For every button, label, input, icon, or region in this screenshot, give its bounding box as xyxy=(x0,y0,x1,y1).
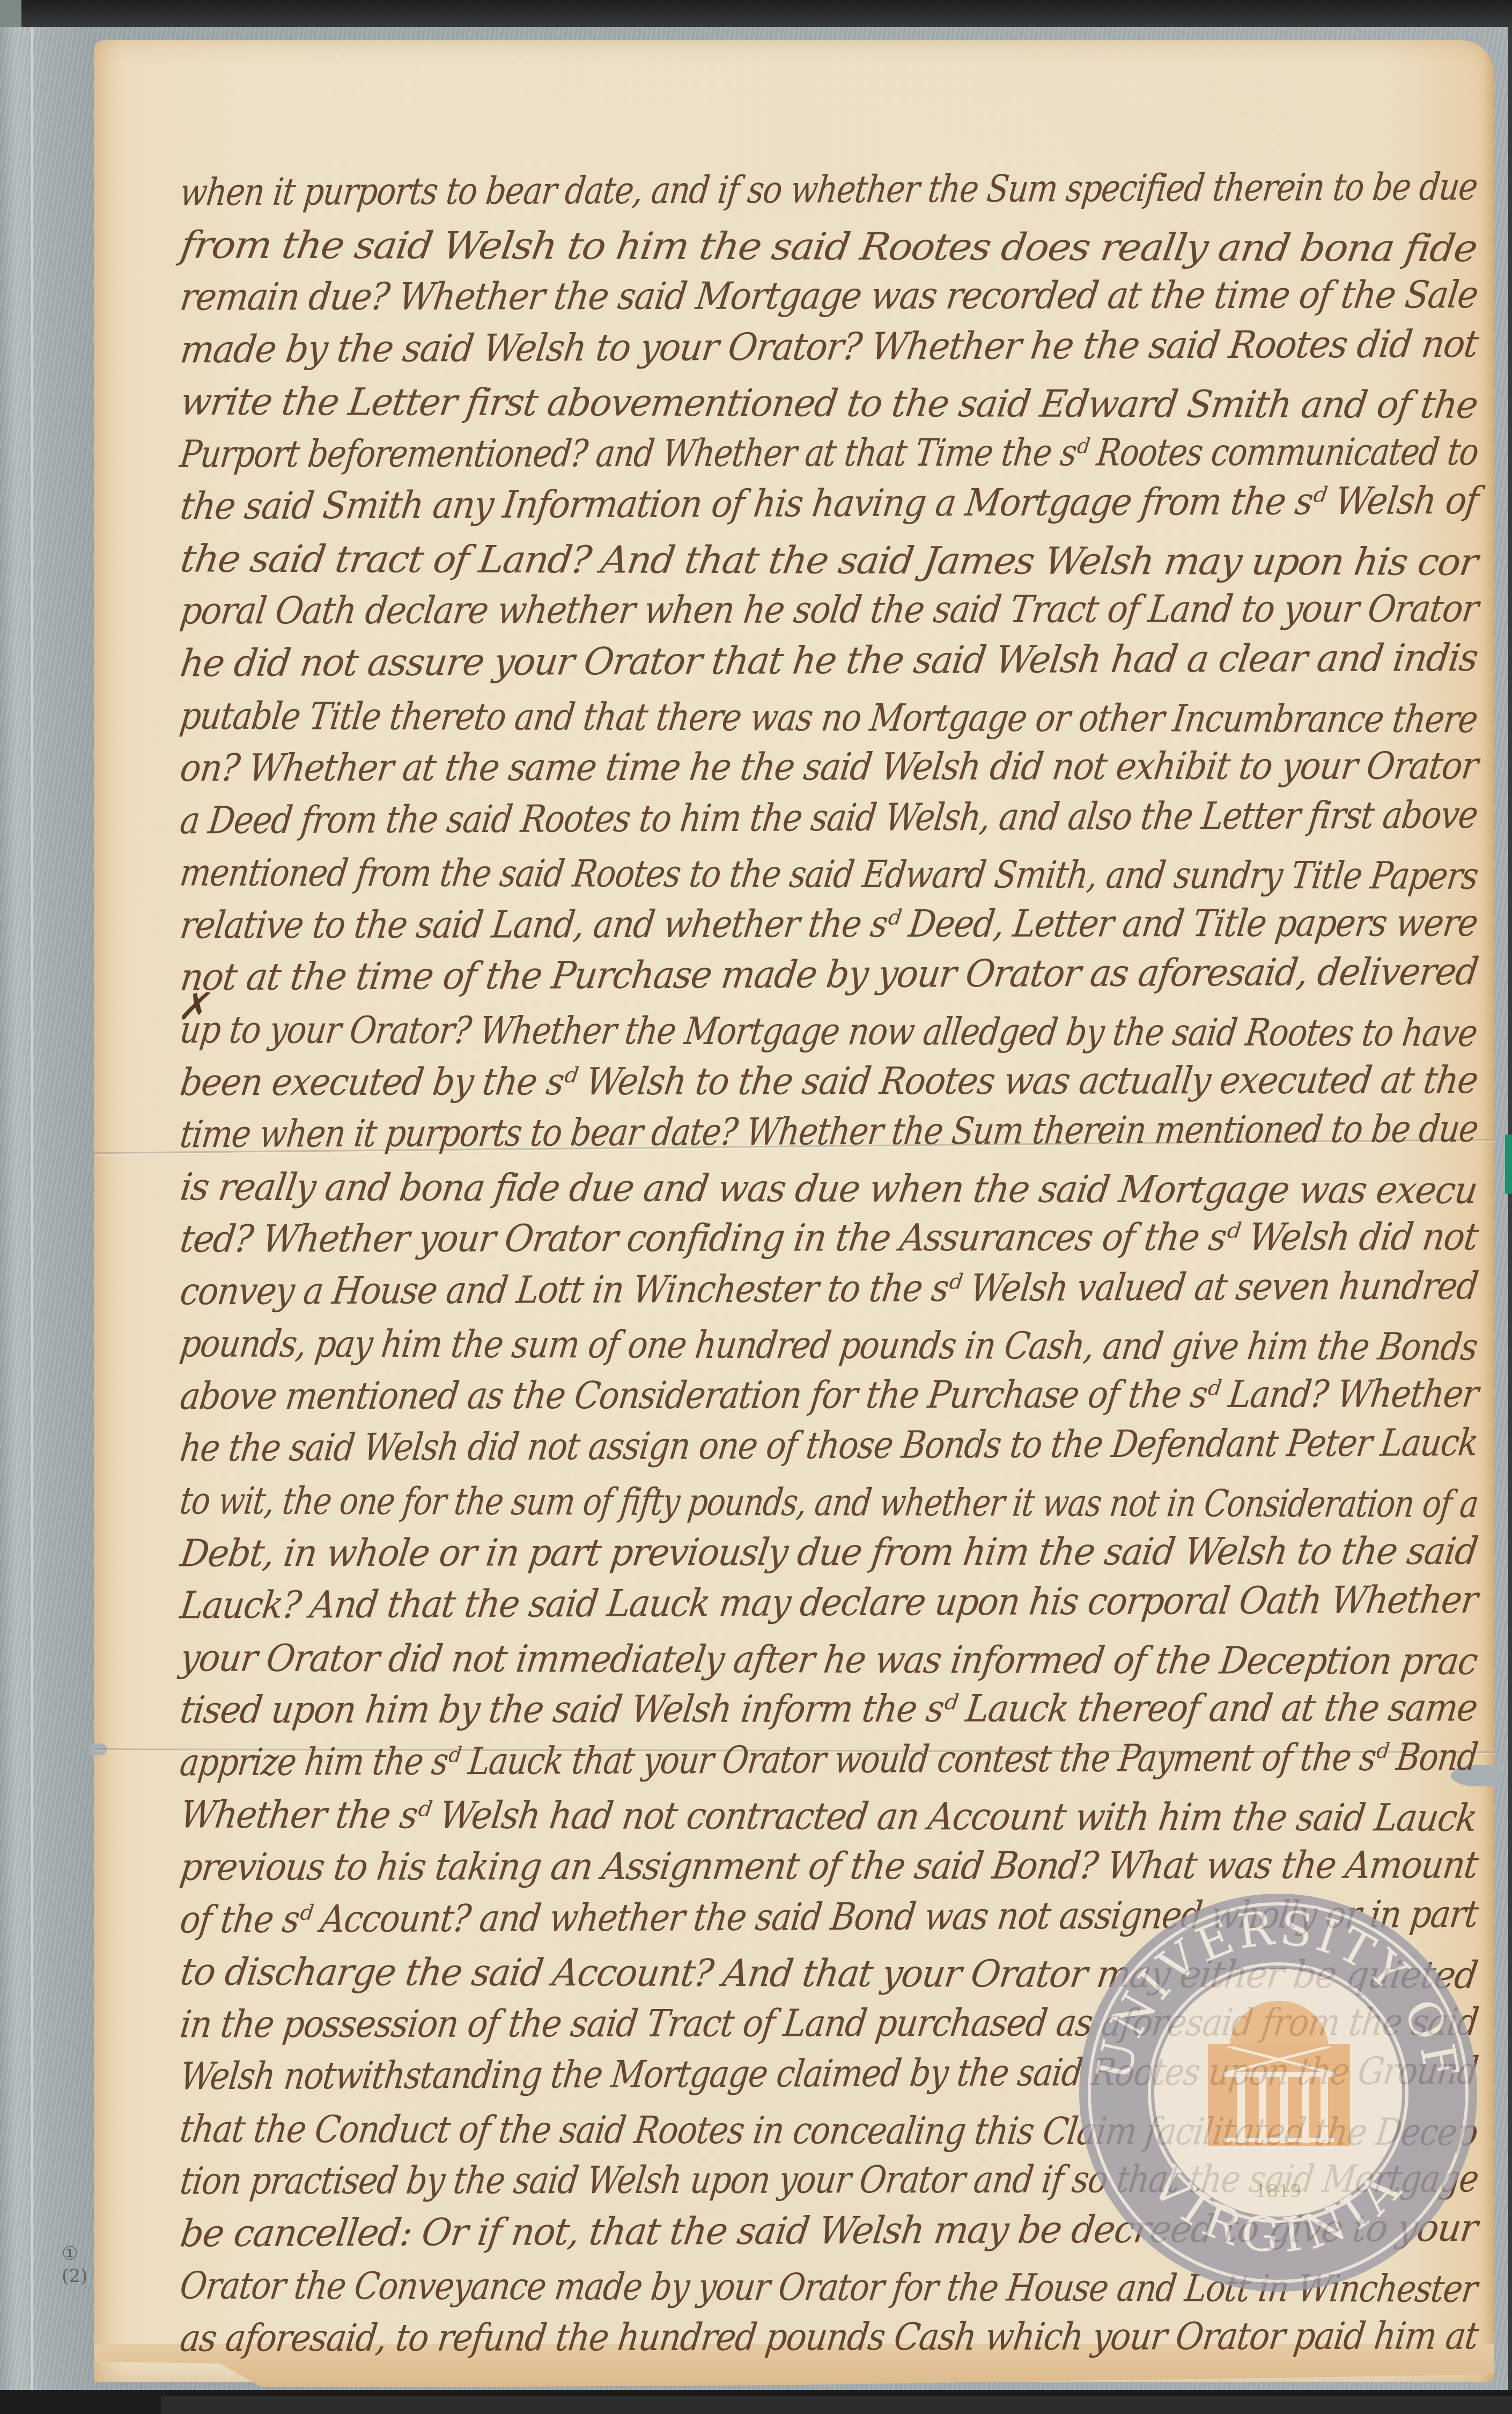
manuscript-line-text: tised upon him by the said Welsh inform … xyxy=(177,1682,1480,1738)
manuscript-line: tion practised by the said Welsh upon yo… xyxy=(177,2163,1486,2209)
manuscript-line-text: the said Smith any Information of his ha… xyxy=(177,474,1481,534)
manuscript-line: Lauck? And that the said Lauck may decla… xyxy=(177,1584,1486,1633)
manuscript-line-text: to wit, the one for the sum of fifty pou… xyxy=(177,1475,1481,1532)
manuscript-line-text: that the Conduct of the said Rootes in c… xyxy=(177,2103,1480,2160)
manuscript-line: not at the time of the Purchase made by … xyxy=(177,956,1486,1005)
margin-pencil-numbers: ① (2) xyxy=(62,2242,87,2287)
manuscript-line-text: Whether the sᵈ Welsh had not contracted … xyxy=(177,1789,1480,1845)
manuscript-line-text: of the sᵈ Account? and whether the said … xyxy=(177,1888,1480,1947)
manuscript-line: tised upon him by the said Welsh inform … xyxy=(177,1692,1486,1738)
manuscript-line: a Deed from the said Rootes to him the s… xyxy=(177,799,1486,848)
manuscript-line-text: Orator the Conveyance made by your Orato… xyxy=(177,2260,1480,2316)
manuscript-line-text: Lauck? And that the said Lauck may decla… xyxy=(177,1573,1480,1633)
manuscript-line-text: apprize him the sᵈ Lauck that your Orato… xyxy=(177,1731,1480,1790)
manuscript-line-text: mentioned from the said Rootes to the sa… xyxy=(177,847,1481,903)
manuscript-line-text: time when it purports to bear date? Whet… xyxy=(177,1102,1480,1162)
manuscript-line: as aforesaid, to refund the hundred poun… xyxy=(177,2321,1486,2366)
manuscript-line: he did not assure your Orator that he th… xyxy=(177,642,1486,691)
manuscript-line-text: pounds, pay him the sum of one hundred p… xyxy=(177,1318,1480,1374)
manuscript-line: convey a House and Lott in Winchester to… xyxy=(177,1270,1486,1319)
scanner-bottom-frame xyxy=(0,2390,1512,2414)
margin-cross-mark: ✗ xyxy=(177,984,209,1028)
manuscript-line: time when it purports to bear date? Whet… xyxy=(177,1113,1486,1162)
manuscript-line-text: tion practised by the said Welsh upon yo… xyxy=(177,2153,1481,2209)
manuscript-line-text: in the possession of the said Tract of L… xyxy=(177,1996,1481,2052)
manuscript-line-text: made by the said Welsh to your Orator? W… xyxy=(177,318,1481,377)
manuscript-line: when it purports to bear date, and if so… xyxy=(177,171,1486,220)
manuscript-line-text: Debt, in whole or in part previously due… xyxy=(177,1525,1480,1581)
manuscript-line: he the said Welsh did not assign one of … xyxy=(177,1427,1486,1476)
handwritten-text-block: when it purports to bear date, and if so… xyxy=(0,0,1512,2414)
manuscript-line: on? Whether at the same time he the said… xyxy=(177,750,1486,796)
manuscript-line-text: relative to the said Land, and whether t… xyxy=(177,897,1480,953)
manuscript-line-text: convey a House and Lott in Winchester to… xyxy=(177,1260,1480,1319)
manuscript-line-text: Welsh notwithstanding the Mortgage claim… xyxy=(177,2044,1480,2104)
manuscript-line: poral Oath declare whether when he sold … xyxy=(177,593,1486,638)
manuscript-line: the said Smith any Information of his ha… xyxy=(177,485,1486,534)
manuscript-line: apprize him the sᵈ Lauck that your Orato… xyxy=(177,1741,1486,1790)
manuscript-line-text: he did not assure your Orator that he th… xyxy=(177,631,1480,691)
manuscript-line: Welsh notwithstanding the Mortgage claim… xyxy=(177,2055,1486,2104)
manuscript-line-text: previous to his taking an Assignment of … xyxy=(177,1839,1480,1895)
manuscript-line-text: he the said Welsh did not assign one of … xyxy=(177,1416,1480,1476)
manuscript-line: remain due? Whether the said Mortgage wa… xyxy=(177,279,1486,325)
manuscript-line-text: a Deed from the said Rootes to him the s… xyxy=(177,789,1480,848)
manuscript-line-text: is really and bona fide due and was due … xyxy=(177,1161,1480,1218)
manuscript-line-text: as aforesaid, to refund the hundred poun… xyxy=(177,2310,1481,2366)
pencil-number-2: (2) xyxy=(62,2265,87,2287)
manuscript-line-text: above mentioned as the Consideration for… xyxy=(177,1368,1481,1424)
manuscript-line-text: when it purports to bear date, and if so… xyxy=(177,160,1480,220)
manuscript-line: ted? Whether your Orator confiding in th… xyxy=(177,1221,1486,1267)
manuscript-line-text: the said tract of Land? And that the sai… xyxy=(177,533,1481,590)
manuscript-line: made by the said Welsh to your Orator? W… xyxy=(177,328,1486,377)
manuscript-line-text: been executed by the sᵈ Welsh to the sai… xyxy=(177,1054,1481,1110)
manuscript-line-text: poral Oath declare whether when he sold … xyxy=(177,583,1481,638)
manuscript-line: previous to his taking an Assignment of … xyxy=(177,1850,1486,1895)
manuscript-line-text: Purport beforementioned? and Whether at … xyxy=(177,426,1481,482)
manuscript-line-text: remain due? Whether the said Mortgage wa… xyxy=(177,269,1481,325)
manuscript-line-text: write the Letter first abovementioned to… xyxy=(177,376,1481,432)
manuscript-line-text: to discharge the said Account? And that … xyxy=(177,1946,1480,2003)
manuscript-line-text: on? Whether at the same time he the said… xyxy=(177,740,1480,796)
manuscript-line: of the sᵈ Account? and whether the said … xyxy=(177,1898,1486,1947)
pencil-number-1: ① xyxy=(62,2242,87,2265)
manuscript-line-text: up to your Orator? Whether the Mortgage … xyxy=(177,1004,1480,1061)
manuscript-line-text: from the said Welsh to him the said Root… xyxy=(177,219,1480,276)
manuscript-line-text: not at the time of the Purchase made by … xyxy=(177,945,1481,1005)
manuscript-line-text: be cancelled: Or if not, that the said W… xyxy=(177,2202,1480,2261)
manuscript-line-text: ted? Whether your Orator confiding in th… xyxy=(177,1211,1480,1267)
manuscript-line: be cancelled: Or if not, that the said W… xyxy=(177,2212,1486,2261)
manuscript-line-text: putable Title thereto and that there was… xyxy=(177,690,1480,747)
manuscript-line-text: your Orator did not immediately after he… xyxy=(177,1632,1480,1689)
